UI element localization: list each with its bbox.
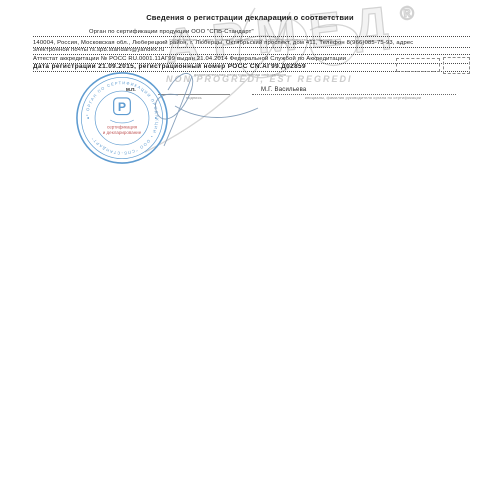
certification-stamp: • ОРГАН ПО СЕРТИФИКАЦИИ ПРОДУКЦИИ • ООО … bbox=[73, 69, 171, 167]
address-line-1: 140004, Россия, Московская обл., Люберец… bbox=[33, 40, 413, 46]
stamp-center-arc bbox=[110, 120, 134, 123]
certification-body-row: Орган по сертификации продукции ООО "СПБ… bbox=[33, 27, 470, 37]
stamp-center-text-1: сертификация bbox=[107, 124, 138, 129]
stamp-middle-ring bbox=[81, 77, 162, 158]
address-row-2: электронной почты rs.spb.standart@yandex… bbox=[33, 48, 470, 55]
accreditation-line: Аттестат аккредитации № РОСС RU.0001.11А… bbox=[33, 56, 346, 62]
rst-mark-letter: Р bbox=[118, 100, 126, 114]
document-title: Сведения о регистрации декларации о соот… bbox=[0, 13, 500, 22]
stamp-dot-left bbox=[87, 117, 89, 119]
stamp-ring-text-holder: • ОРГАН ПО СЕРТИФИКАЦИИ ПРОДУКЦИИ • ООО … bbox=[84, 80, 160, 156]
name-line bbox=[252, 94, 456, 95]
stamp-ring-text: • ОРГАН ПО СЕРТИФИКАЦИИ ПРОДУКЦИИ • ООО … bbox=[84, 80, 160, 156]
stamp-center-text-2: и декларирование bbox=[103, 130, 142, 135]
form-field-box-2 bbox=[443, 57, 470, 74]
stamp-dot-right bbox=[155, 117, 157, 119]
name-annotation: инициалы, фамилия руководителя органа по… bbox=[270, 96, 456, 100]
address-line-2: электронной почты rs.spb.standart@yandex… bbox=[33, 48, 165, 53]
certification-body-line: Орган по сертификации продукции ООО "СПБ… bbox=[89, 29, 254, 35]
stamp-inner-ring bbox=[95, 91, 149, 145]
signature-tail bbox=[175, 106, 258, 118]
signatory-name: М.Г. Васильева bbox=[261, 87, 306, 93]
address-row-1: 140004, Россия, Московская обл., Люберец… bbox=[33, 40, 470, 48]
form-field-box-1 bbox=[396, 58, 440, 72]
stamp-outer-ring bbox=[77, 73, 167, 163]
document-page: АРМЕД® NON PROGREDI, EST REGREDI Сведени… bbox=[0, 0, 500, 500]
